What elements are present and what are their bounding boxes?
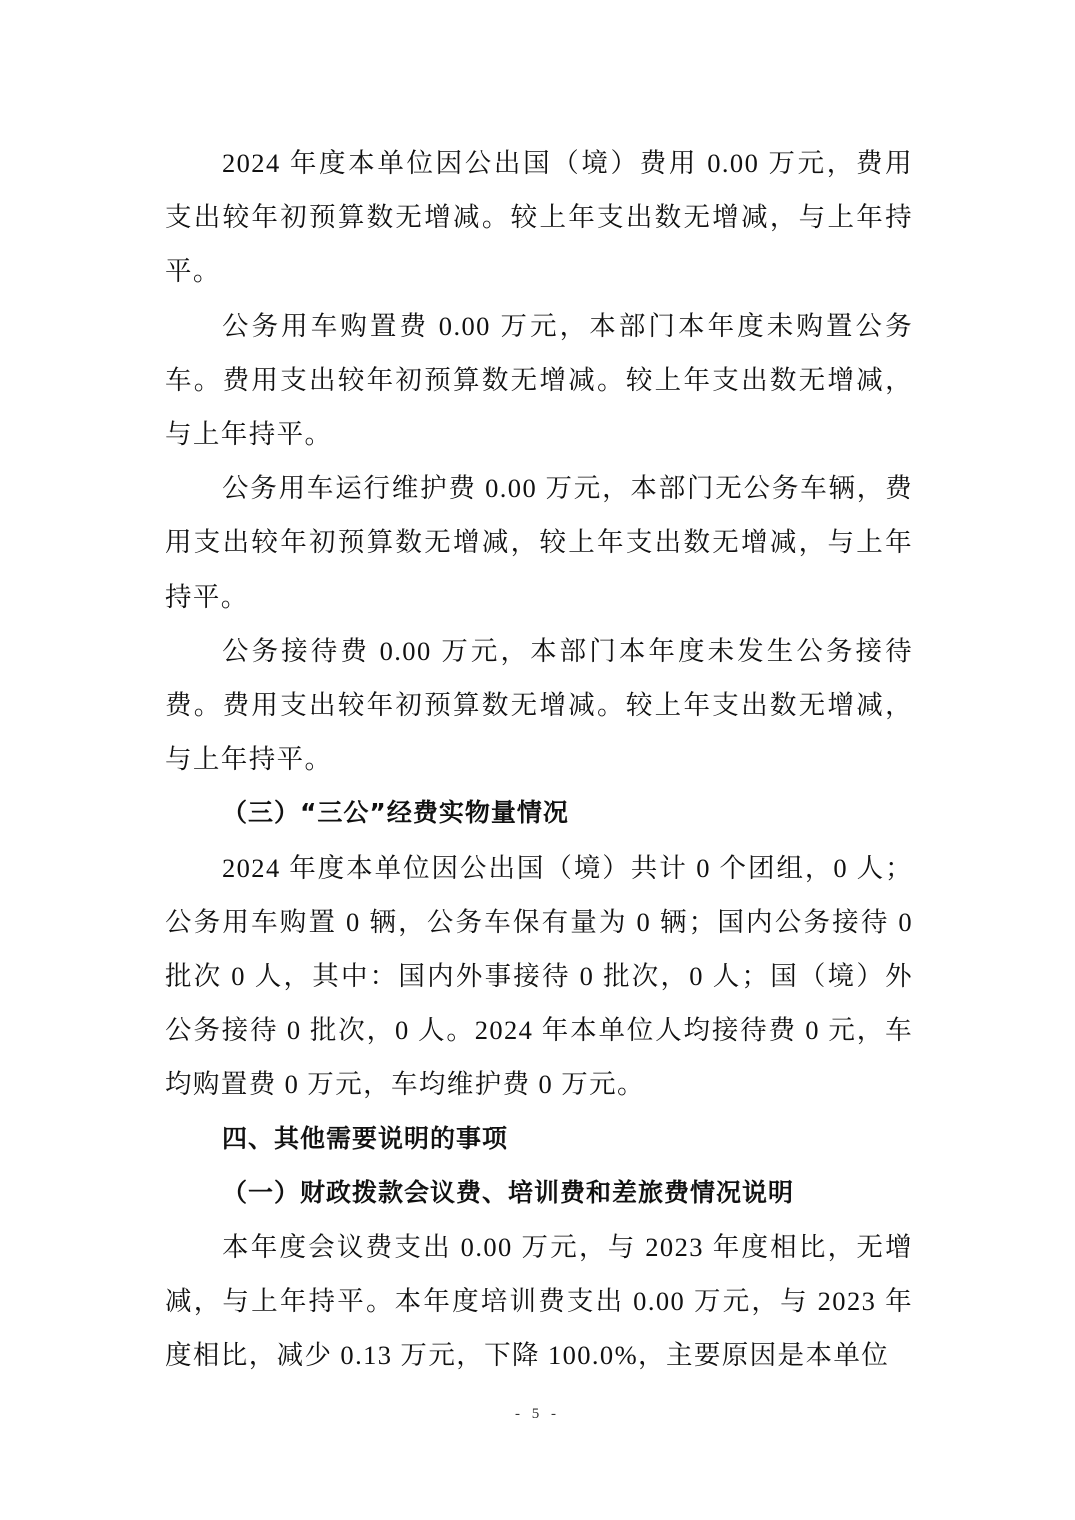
paragraph-meeting-training: 本年度会议费支出 0.00 万元，与 2023 年度相比，无增减，与上年持平。本… <box>165 1220 913 1383</box>
document-page: 2024 年度本单位因公出国（境）费用 0.00 万元，费用支出较年初预算数无增… <box>165 136 913 1383</box>
paragraph-physical-quantity: 2024 年度本单位因公出国（境）共计 0 个团组，0 人；公务用车购置 0 辆… <box>165 841 913 1112</box>
subheading-meeting-training-travel: （一）财政拨款会议费、培训费和差旅费情况说明 <box>165 1166 913 1220</box>
subheading-physical-quantity: （三）“三公”经费实物量情况 <box>165 786 913 840</box>
page-number: - 5 - <box>0 1406 1075 1423</box>
heading-other-matters: 四、其他需要说明的事项 <box>165 1112 913 1166</box>
paragraph-reception: 公务接待费 0.00 万元，本部门本年度未发生公务接待费。费用支出较年初预算数无… <box>165 624 913 787</box>
paragraph-vehicle-purchase: 公务用车购置费 0.00 万元，本部门本年度未购置公务车。费用支出较年初预算数无… <box>165 299 913 462</box>
paragraph-vehicle-maintenance: 公务用车运行维护费 0.00 万元，本部门无公务车辆，费用支出较年初预算数无增减… <box>165 461 913 624</box>
paragraph-overseas-travel: 2024 年度本单位因公出国（境）费用 0.00 万元，费用支出较年初预算数无增… <box>165 136 913 299</box>
